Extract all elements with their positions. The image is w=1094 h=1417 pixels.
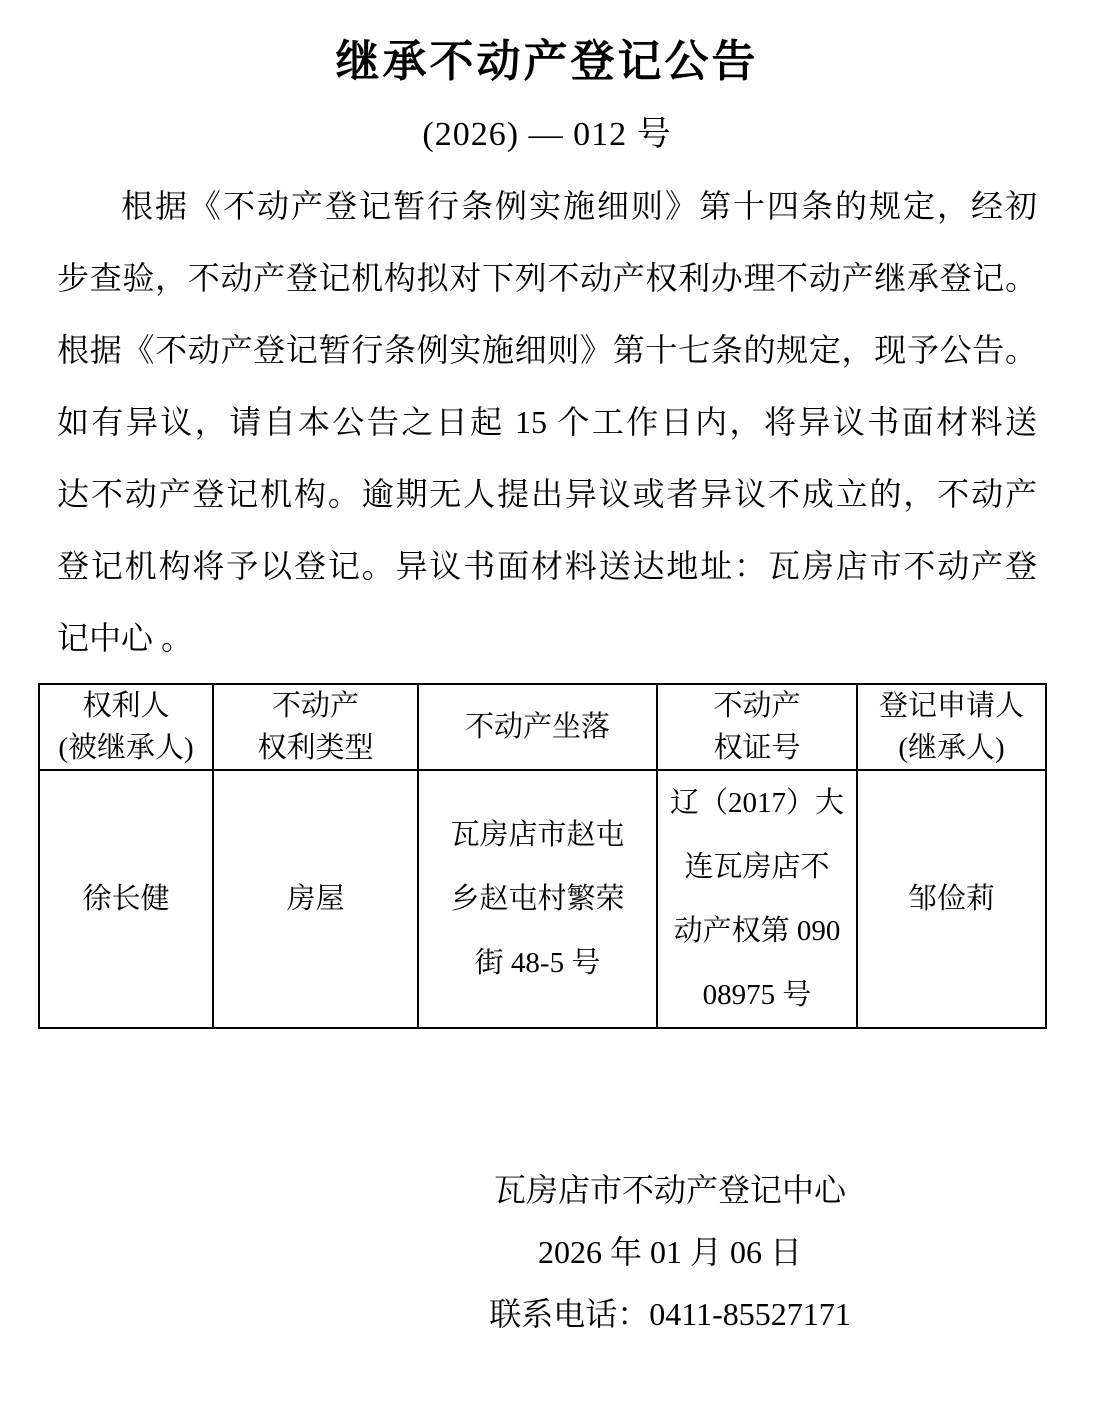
header-right-type: 不动产 权利类型 — [213, 684, 418, 770]
body-line-2: 步查验，不动产登记机构拟对下列不动产权利办理不动产继承登记。 — [57, 242, 1037, 314]
cell-right-type: 房屋 — [213, 770, 418, 1028]
registration-table: 权利人 (被继承人) 不动产 权利类型 不动产坐落 不动产 权证号 登记申请人 … — [38, 683, 1047, 1029]
header-location: 不动产坐落 — [418, 684, 657, 770]
document-footer: 瓦房店市不动产登记中心 2026 年 01 月 06 日 联系电话：0411-8… — [123, 1167, 1094, 1337]
cell-location: 瓦房店市赵屯 乡赵屯村繁荣 街 48-5 号 — [418, 770, 657, 1028]
document-number: (2026) — 012 号 — [0, 112, 1094, 158]
document-title: 继承不动产登记公告 — [0, 0, 1094, 90]
cell-applicant: 邹俭莉 — [857, 770, 1046, 1028]
page: 继承不动产登记公告 (2026) — 012 号 根据《不动产登记暂行条例实施细… — [0, 0, 1094, 1417]
cell-certificate-no: 辽（2017）大 连瓦房店不 动产权第 090 08975 号 — [657, 770, 857, 1028]
body-line-7: 记中心 。 — [57, 602, 1037, 674]
body-line-5: 达不动产登记机构。逾期无人提出异议或者异议不成立的，不动产 — [57, 458, 1037, 530]
body-line-3: 根据《不动产登记暂行条例实施细则》第十七条的规定，现予公告。 — [57, 314, 1037, 386]
header-right-holder: 权利人 (被继承人) — [39, 684, 213, 770]
issuing-authority: 瓦房店市不动产登记中心 — [123, 1167, 1094, 1213]
body-line-1: 根据《不动产登记暂行条例实施细则》第十四条的规定，经初 — [57, 170, 1037, 242]
table-header-row: 权利人 (被继承人) 不动产 权利类型 不动产坐落 不动产 权证号 登记申请人 … — [39, 684, 1046, 770]
table-row: 徐长健 房屋 瓦房店市赵屯 乡赵屯村繁荣 街 48-5 号 辽（2017）大 连… — [39, 770, 1046, 1028]
cell-right-holder: 徐长健 — [39, 770, 213, 1028]
contact-phone: 联系电话：0411-85527171 — [123, 1291, 1094, 1337]
issue-date: 2026 年 01 月 06 日 — [123, 1229, 1094, 1275]
body-paragraph: 根据《不动产登记暂行条例实施细则》第十四条的规定，经初 步查验，不动产登记机构拟… — [57, 170, 1037, 674]
header-certificate-no: 不动产 权证号 — [657, 684, 857, 770]
body-line-4: 如有异议，请自本公告之日起 15 个工作日内，将异议书面材料送 — [57, 386, 1037, 458]
header-applicant: 登记申请人 (继承人) — [857, 684, 1046, 770]
body-line-6: 登记机构将予以登记。异议书面材料送达地址：瓦房店市不动产登 — [57, 530, 1037, 602]
